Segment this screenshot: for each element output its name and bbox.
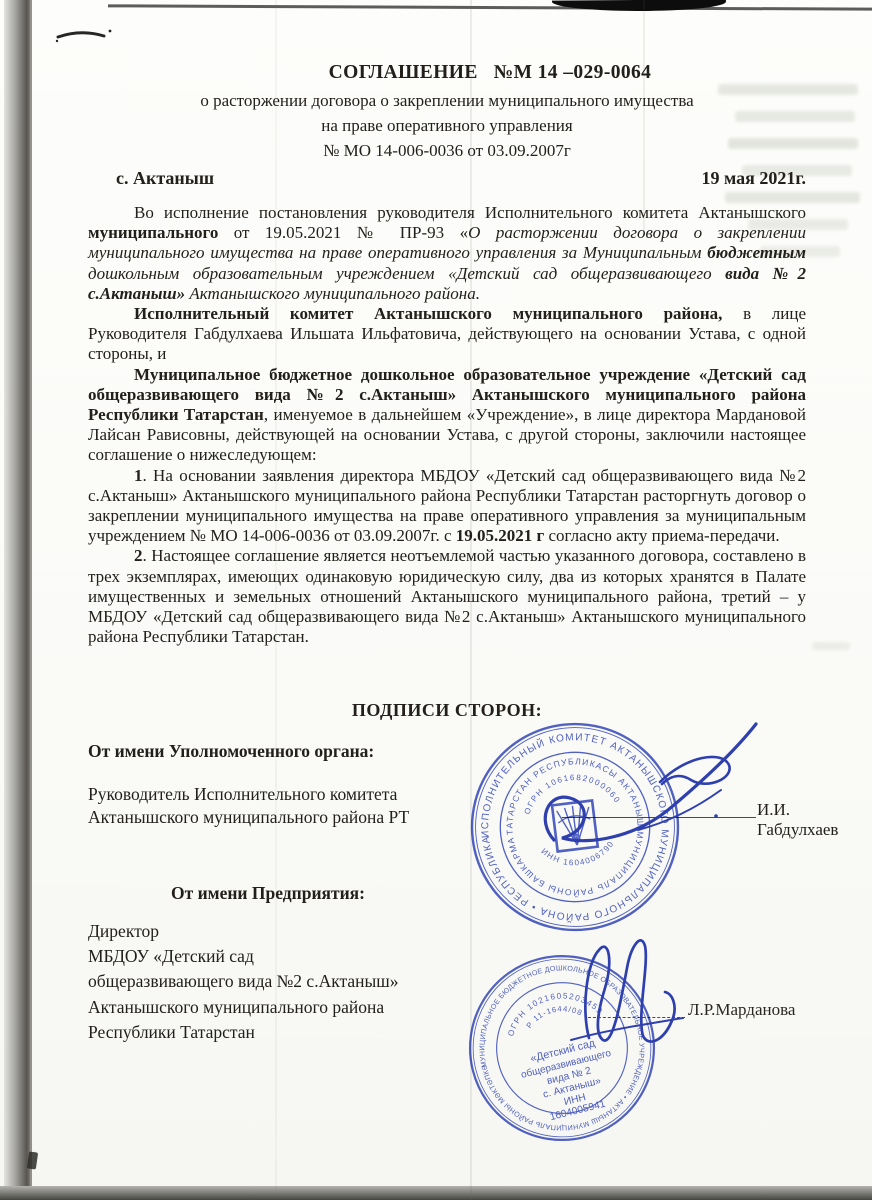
text-run: муниципального bbox=[88, 223, 218, 242]
paragraph-clause-1: 1. На основании заявления директора МБДО… bbox=[88, 466, 806, 547]
document-title: СОГЛАШЕНИЕ №М 14 –029-0064 bbox=[131, 60, 849, 85]
enterprise-party-heading: От имени Предприятия: bbox=[171, 883, 365, 904]
scan-artifact-mark bbox=[27, 1151, 38, 1169]
text-run: 1 bbox=[134, 466, 143, 485]
text-run: Во исполнение постановления руководителя… bbox=[134, 203, 806, 222]
text-run: бюджетным bbox=[707, 243, 806, 262]
scanner-edge-top bbox=[108, 4, 872, 10]
signature-gabdulkhaev bbox=[518, 710, 788, 875]
text-run: 19.05.2021 г bbox=[456, 526, 544, 545]
text-run: Исполнительный комитет Актанышского муни… bbox=[134, 304, 722, 323]
enterprise-line-3: общеразвивающего вида №2 с.Актаныш» bbox=[88, 969, 398, 994]
scanner-edge-bottom bbox=[0, 1186, 872, 1200]
paragraph-party-2: Муниципальное бюджетное дошкольное образ… bbox=[88, 365, 806, 466]
place-date-row: с. Актаныш 19 мая 2021г. bbox=[88, 168, 806, 189]
text-run: . Настоящее соглашение является неотъемл… bbox=[88, 546, 806, 646]
document-place: с. Актаныш bbox=[116, 168, 214, 189]
pen-mark-icon bbox=[48, 20, 128, 52]
document-subtitle-1: о расторжении договора о закреплении мун… bbox=[88, 88, 806, 113]
text-run: дошкольным образовательным учреждением «… bbox=[88, 264, 725, 283]
text-run: 2 bbox=[134, 546, 143, 565]
paragraph-clause-2: 2. Настоящее соглашение является неотъем… bbox=[88, 546, 806, 647]
text-run: согласно акту приема-передачи. bbox=[544, 526, 779, 545]
document-subtitle-2: на праве оперативного управления bbox=[88, 113, 806, 138]
bleed-through-artifact bbox=[725, 192, 860, 203]
authority-position-line-2: Актанышского муниципального района РТ bbox=[88, 806, 409, 829]
enterprise-line-4: Актанышского муниципального района bbox=[88, 995, 398, 1020]
document-date: 19 мая 2021г. bbox=[701, 168, 806, 189]
authority-position-line-1: Руководитель Исполнительного комитета bbox=[88, 783, 409, 806]
scanned-agreement-document: СОГЛАШЕНИЕ №М 14 –029-0064 о расторжении… bbox=[0, 0, 872, 1200]
text-run: от 19.05.2021 № ПР-93 « bbox=[218, 223, 468, 242]
paragraph-party-1: Исполнительный комитет Актанышского муни… bbox=[88, 304, 806, 365]
enterprise-line-5: Республики Татарстан bbox=[88, 1020, 398, 1045]
authority-party-heading: От имени Уполномоченного органа: bbox=[88, 741, 374, 762]
scanner-edge-left bbox=[4, 0, 30, 1200]
document-subtitle-3: № МО 14-006-0036 от 03.09.2007г bbox=[88, 138, 806, 163]
document-body: Во исполнение постановления руководителя… bbox=[88, 203, 806, 647]
page-edge-line bbox=[30, 0, 32, 1200]
text-run: Актанышского муниципального района. bbox=[185, 284, 480, 303]
paragraph-preamble: Во исполнение постановления руководителя… bbox=[88, 203, 806, 304]
enterprise-details: Директор МБДОУ «Детский сад общеразвиваю… bbox=[88, 919, 398, 1045]
enterprise-line-1: Директор bbox=[88, 919, 398, 944]
bleed-through-artifact bbox=[812, 642, 850, 650]
enterprise-line-2: МБДОУ «Детский сад bbox=[88, 944, 398, 969]
signature-mardanova bbox=[545, 918, 705, 1068]
authority-position: Руководитель Исполнительного комитета Ак… bbox=[88, 783, 409, 829]
document-header: СОГЛАШЕНИЕ №М 14 –029-0064 о расторжении… bbox=[88, 60, 806, 163]
